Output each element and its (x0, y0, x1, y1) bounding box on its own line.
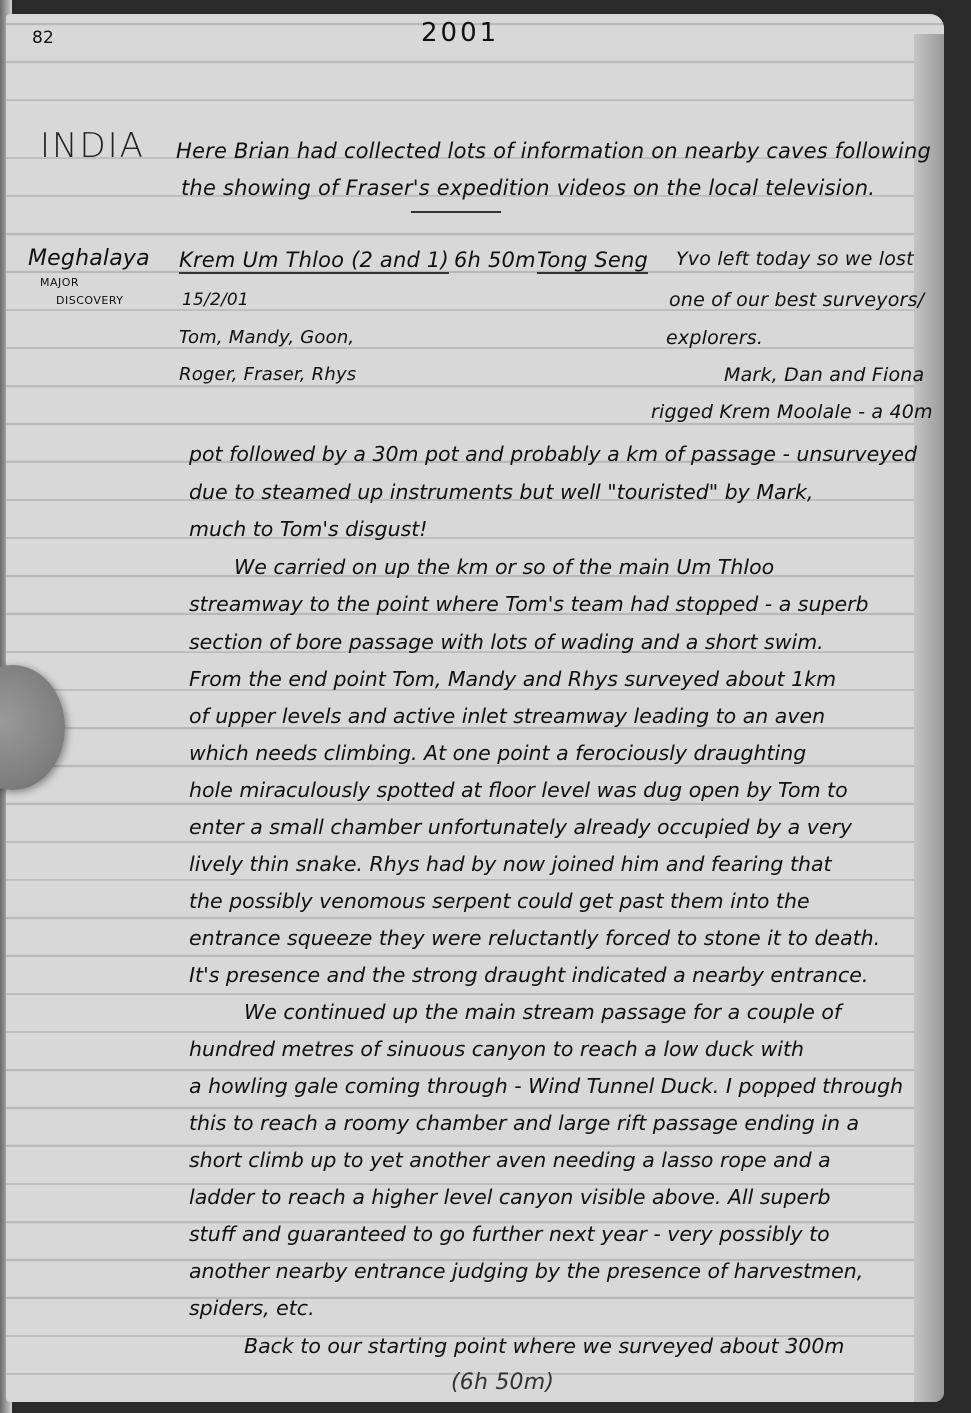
side-note-line-1: Yvo left today so we lost (676, 248, 914, 270)
body-line: entrance squeeze they were reluctantly f… (189, 926, 880, 950)
team-line-2: Roger, Fraser, Rhys (179, 364, 356, 385)
body-line: streamway to the point where Tom's team … (189, 592, 869, 616)
side-note-line-5: rigged Krem Moolale - a 40m (651, 401, 933, 423)
body-line: ladder to reach a higher level canyon vi… (189, 1185, 831, 1209)
body-line: We carried on up the km or so of the mai… (234, 555, 774, 579)
body-line: It's presence and the strong draught ind… (189, 963, 868, 987)
body-line: lively thin snake. Rhys had by now joine… (189, 852, 832, 876)
footer-duration-note: (6h 50m) (451, 1370, 554, 1395)
intro-line-2: the showing of Fraser's expedition video… (181, 176, 875, 200)
cave-name: Krem Um Thloo (2 and 1) (179, 248, 449, 274)
body-line: pot followed by a 30m pot and probably a… (189, 442, 917, 466)
margin-note-discovery: DISCOVERY (56, 294, 123, 307)
margin-note-major: MAJOR (40, 276, 79, 289)
body-line: this to reach a roomy chamber and large … (189, 1111, 859, 1135)
body-line: We continued up the main stream passage … (244, 1000, 841, 1024)
body-line: From the end point Tom, Mandy and Rhys s… (189, 667, 836, 691)
side-note-line-4: Mark, Dan and Fiona (724, 364, 924, 386)
side-note-line-2: one of our best surveyors/ (669, 289, 924, 311)
intro-line-1: Here Brian had collected lots of informa… (176, 139, 931, 163)
team-line-1: Tom, Mandy, Goon, (179, 327, 354, 348)
body-line: short climb up to yet another aven needi… (189, 1148, 831, 1172)
margin-region: Meghalaya (28, 246, 150, 271)
body-line: hundred metres of sinuous canyon to reac… (189, 1037, 804, 1061)
body-line: the possibly venomous serpent could get … (189, 889, 810, 913)
body-line: stuff and guaranteed to go further next … (189, 1222, 830, 1246)
body-line: spiders, etc. (189, 1296, 315, 1320)
section-divider (411, 211, 501, 213)
margin-country: INDIA (40, 126, 145, 166)
body-line: another nearby entrance judging by the p… (189, 1259, 863, 1283)
page-number: 82 (32, 28, 54, 48)
body-line: a howling gale coming through - Wind Tun… (189, 1074, 903, 1098)
trip-duration: 6h 50m (454, 248, 536, 272)
body-line: of upper levels and active inlet streamw… (189, 704, 825, 728)
body-line: much to Tom's disgust! (189, 517, 428, 541)
trip-location: Tong Seng (537, 248, 648, 274)
body-line: section of bore passage with lots of wad… (189, 630, 824, 654)
body-line: enter a small chamber unfortunately alre… (189, 815, 852, 839)
body-line: Back to our starting point where we surv… (244, 1334, 844, 1358)
trip-date: 15/2/01 (182, 290, 249, 310)
body-line: due to steamed up instruments but well "… (189, 480, 813, 504)
page-edge-stack (914, 34, 944, 1402)
body-line: which needs climbing. At one point a fer… (189, 741, 806, 765)
page-year: 2001 (421, 18, 499, 48)
side-note-line-3: explorers. (666, 327, 763, 349)
notebook-page: 82 2001 INDIA Here Brian had collected l… (6, 14, 944, 1402)
body-line: hole miraculously spotted at floor level… (189, 778, 848, 802)
